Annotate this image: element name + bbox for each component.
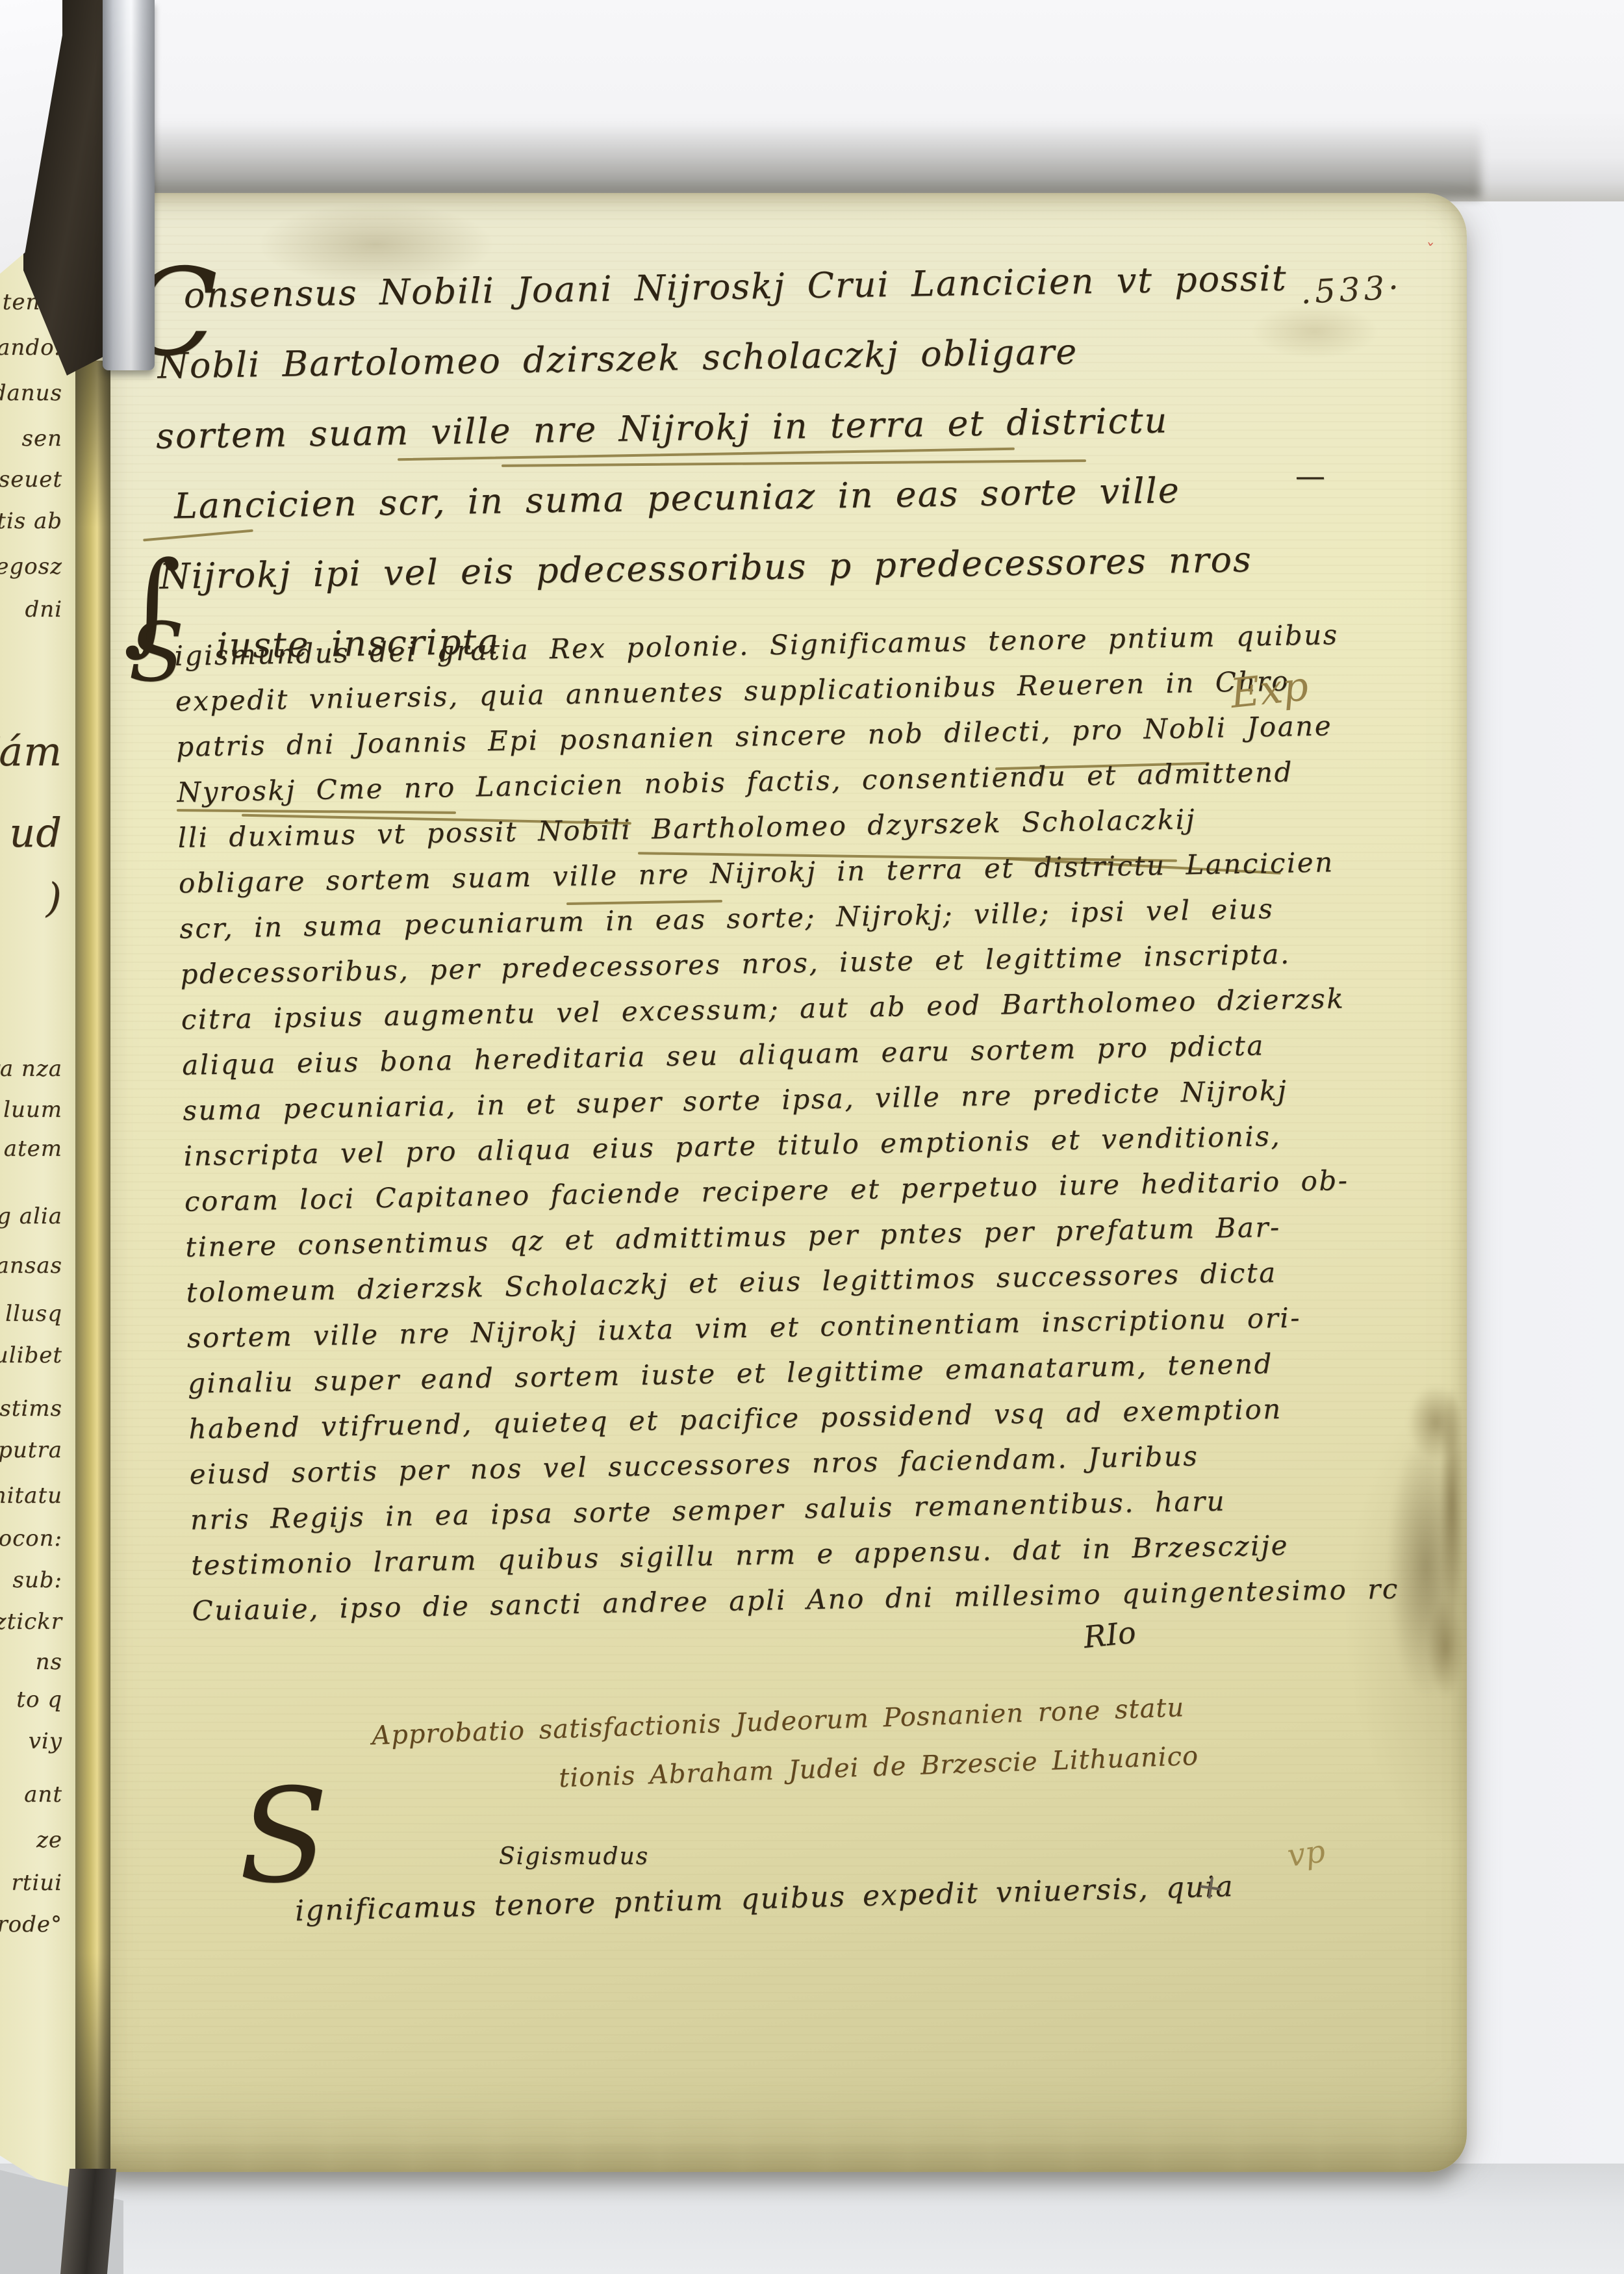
- sliver-fragment: tra nza: [0, 1056, 62, 1082]
- sliver-fragment: ): [46, 874, 62, 921]
- sliver-fragment: putra: [0, 1437, 62, 1463]
- sliver-fragment: ud: [9, 809, 62, 856]
- sliver-fragment: stims: [0, 1396, 62, 1422]
- exp-margin-mark: Exp: [1228, 662, 1311, 717]
- page-number: .533·: [1300, 268, 1404, 311]
- book-cover-edge-bottom: [60, 2169, 116, 2274]
- sliver-fragment: ns: [36, 1649, 62, 1675]
- header-trailing-dash: —: [1295, 458, 1325, 493]
- sliver-fragment: sztickr: [0, 1609, 62, 1635]
- sliver-fragment: tis ab: [0, 508, 62, 534]
- postscript-initial: S: [239, 1772, 328, 1902]
- sliver-fragment: viy: [29, 1728, 62, 1754]
- sliver-fragment: luum: [3, 1097, 62, 1123]
- sliver-fragment: sub:: [12, 1567, 62, 1593]
- red-tick-mark: ˇ: [1424, 240, 1435, 261]
- sliver-fragment: ze: [36, 1827, 62, 1853]
- manuscript-page: .533· ˇ — C ∫ onsensus Nobili Joani Nijr…: [86, 193, 1467, 2172]
- sliver-fragment: ansas: [0, 1253, 62, 1279]
- backdrop-bottom: [0, 2164, 1624, 2274]
- approbatio-line: Approbatio satisfactionis Judeorum Posna…: [372, 1693, 1185, 1751]
- sliver-fragment: zocon:: [0, 1526, 62, 1552]
- relatio-mark: RIo: [1082, 1615, 1137, 1655]
- sliver-fragment: dni: [25, 596, 62, 622]
- sliver-fragment: Sseuet: [0, 466, 62, 492]
- body-block: igismundus dei gratia Rex polonie. Signi…: [174, 611, 1399, 1634]
- binding-gutter: [75, 361, 110, 2212]
- sliver-fragment: rode°: [0, 1911, 62, 1937]
- sliver-fragment: atem: [4, 1136, 62, 1162]
- left-page-sliver: tene: Sando: danus sen Sseuet tis ab ego…: [0, 198, 79, 2206]
- vp-margin-mark: vp: [1285, 1833, 1327, 1874]
- sliver-fragment: Jám: [0, 728, 62, 775]
- sliver-fragment: mg alia: [0, 1203, 62, 1229]
- manuscript-photo: tene: Sando: danus sen Sseuet tis ab ego…: [0, 0, 1624, 2274]
- sliver-fragment: llusq: [5, 1301, 62, 1327]
- sliver-fragment: rtiui: [11, 1870, 62, 1896]
- sliver-fragment: egosz: [0, 554, 62, 580]
- interlinear-note: Sigismudus: [499, 1843, 649, 1870]
- sliver-fragment: azulibet: [0, 1342, 62, 1368]
- approbatio-line: tionis Abraham Judei de Brzescie Lithuan…: [558, 1741, 1199, 1793]
- sliver-fragment: danus: [0, 380, 62, 406]
- cross-mark: +: [1194, 1866, 1228, 1908]
- sliver-fragment: ant: [24, 1782, 62, 1808]
- sliver-fragment: to q: [16, 1687, 62, 1713]
- page-top-shadow: [78, 123, 1481, 198]
- sliver-fragment: sen: [22, 426, 62, 452]
- clamp-strap: [103, 0, 155, 370]
- sliver-fragment: mitatu: [0, 1483, 62, 1509]
- postscript-line: ignificamus tenore pntium quibus expedit…: [295, 1870, 1235, 1928]
